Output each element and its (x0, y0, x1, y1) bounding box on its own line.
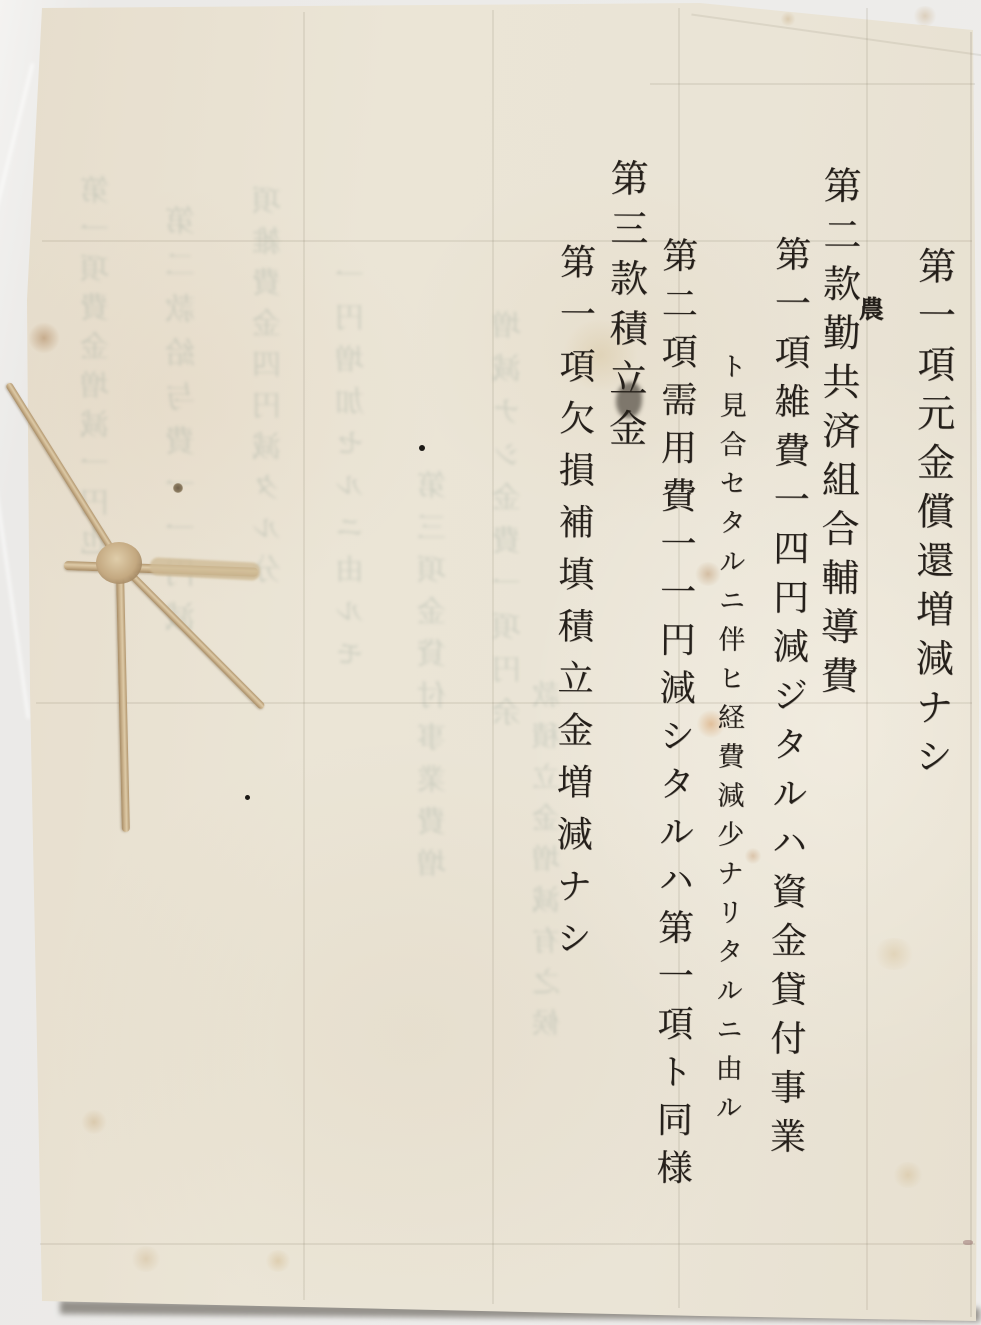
annotation-column: ト見合セタルニ伴ヒ経費減少ナリタルニ由ル (706, 352, 750, 1132)
binding-cord-knot (96, 542, 142, 584)
inserted-char: 農 (851, 296, 887, 321)
punch-hole (173, 483, 183, 493)
text-column-1: 第一項元金償還増減ナシ (903, 246, 961, 785)
ink-dot (419, 445, 425, 451)
ink-dot (245, 795, 250, 800)
text-column-2: 第二款勤共済組合輔導費 (809, 165, 867, 704)
text-column-4: 第二項需用費一一円減シタルハ第一項ト同様 (646, 236, 703, 1196)
photo-of-document: { "photo": { "document_text": { "columns… (0, 0, 981, 1325)
handwritten-text-block: 第一項元金償還増減ナシ 第二款勤共済組合輔導費 農 第一項雑費一四円減ジタルハ資… (0, 0, 981, 1325)
ink-blot (616, 382, 642, 418)
text-column-6: 第一項欠損補填積立金増減ナシ (545, 243, 600, 971)
text-column-3: 第一項雑費一四円減ジタルハ資金貸付事業 (759, 235, 816, 1166)
